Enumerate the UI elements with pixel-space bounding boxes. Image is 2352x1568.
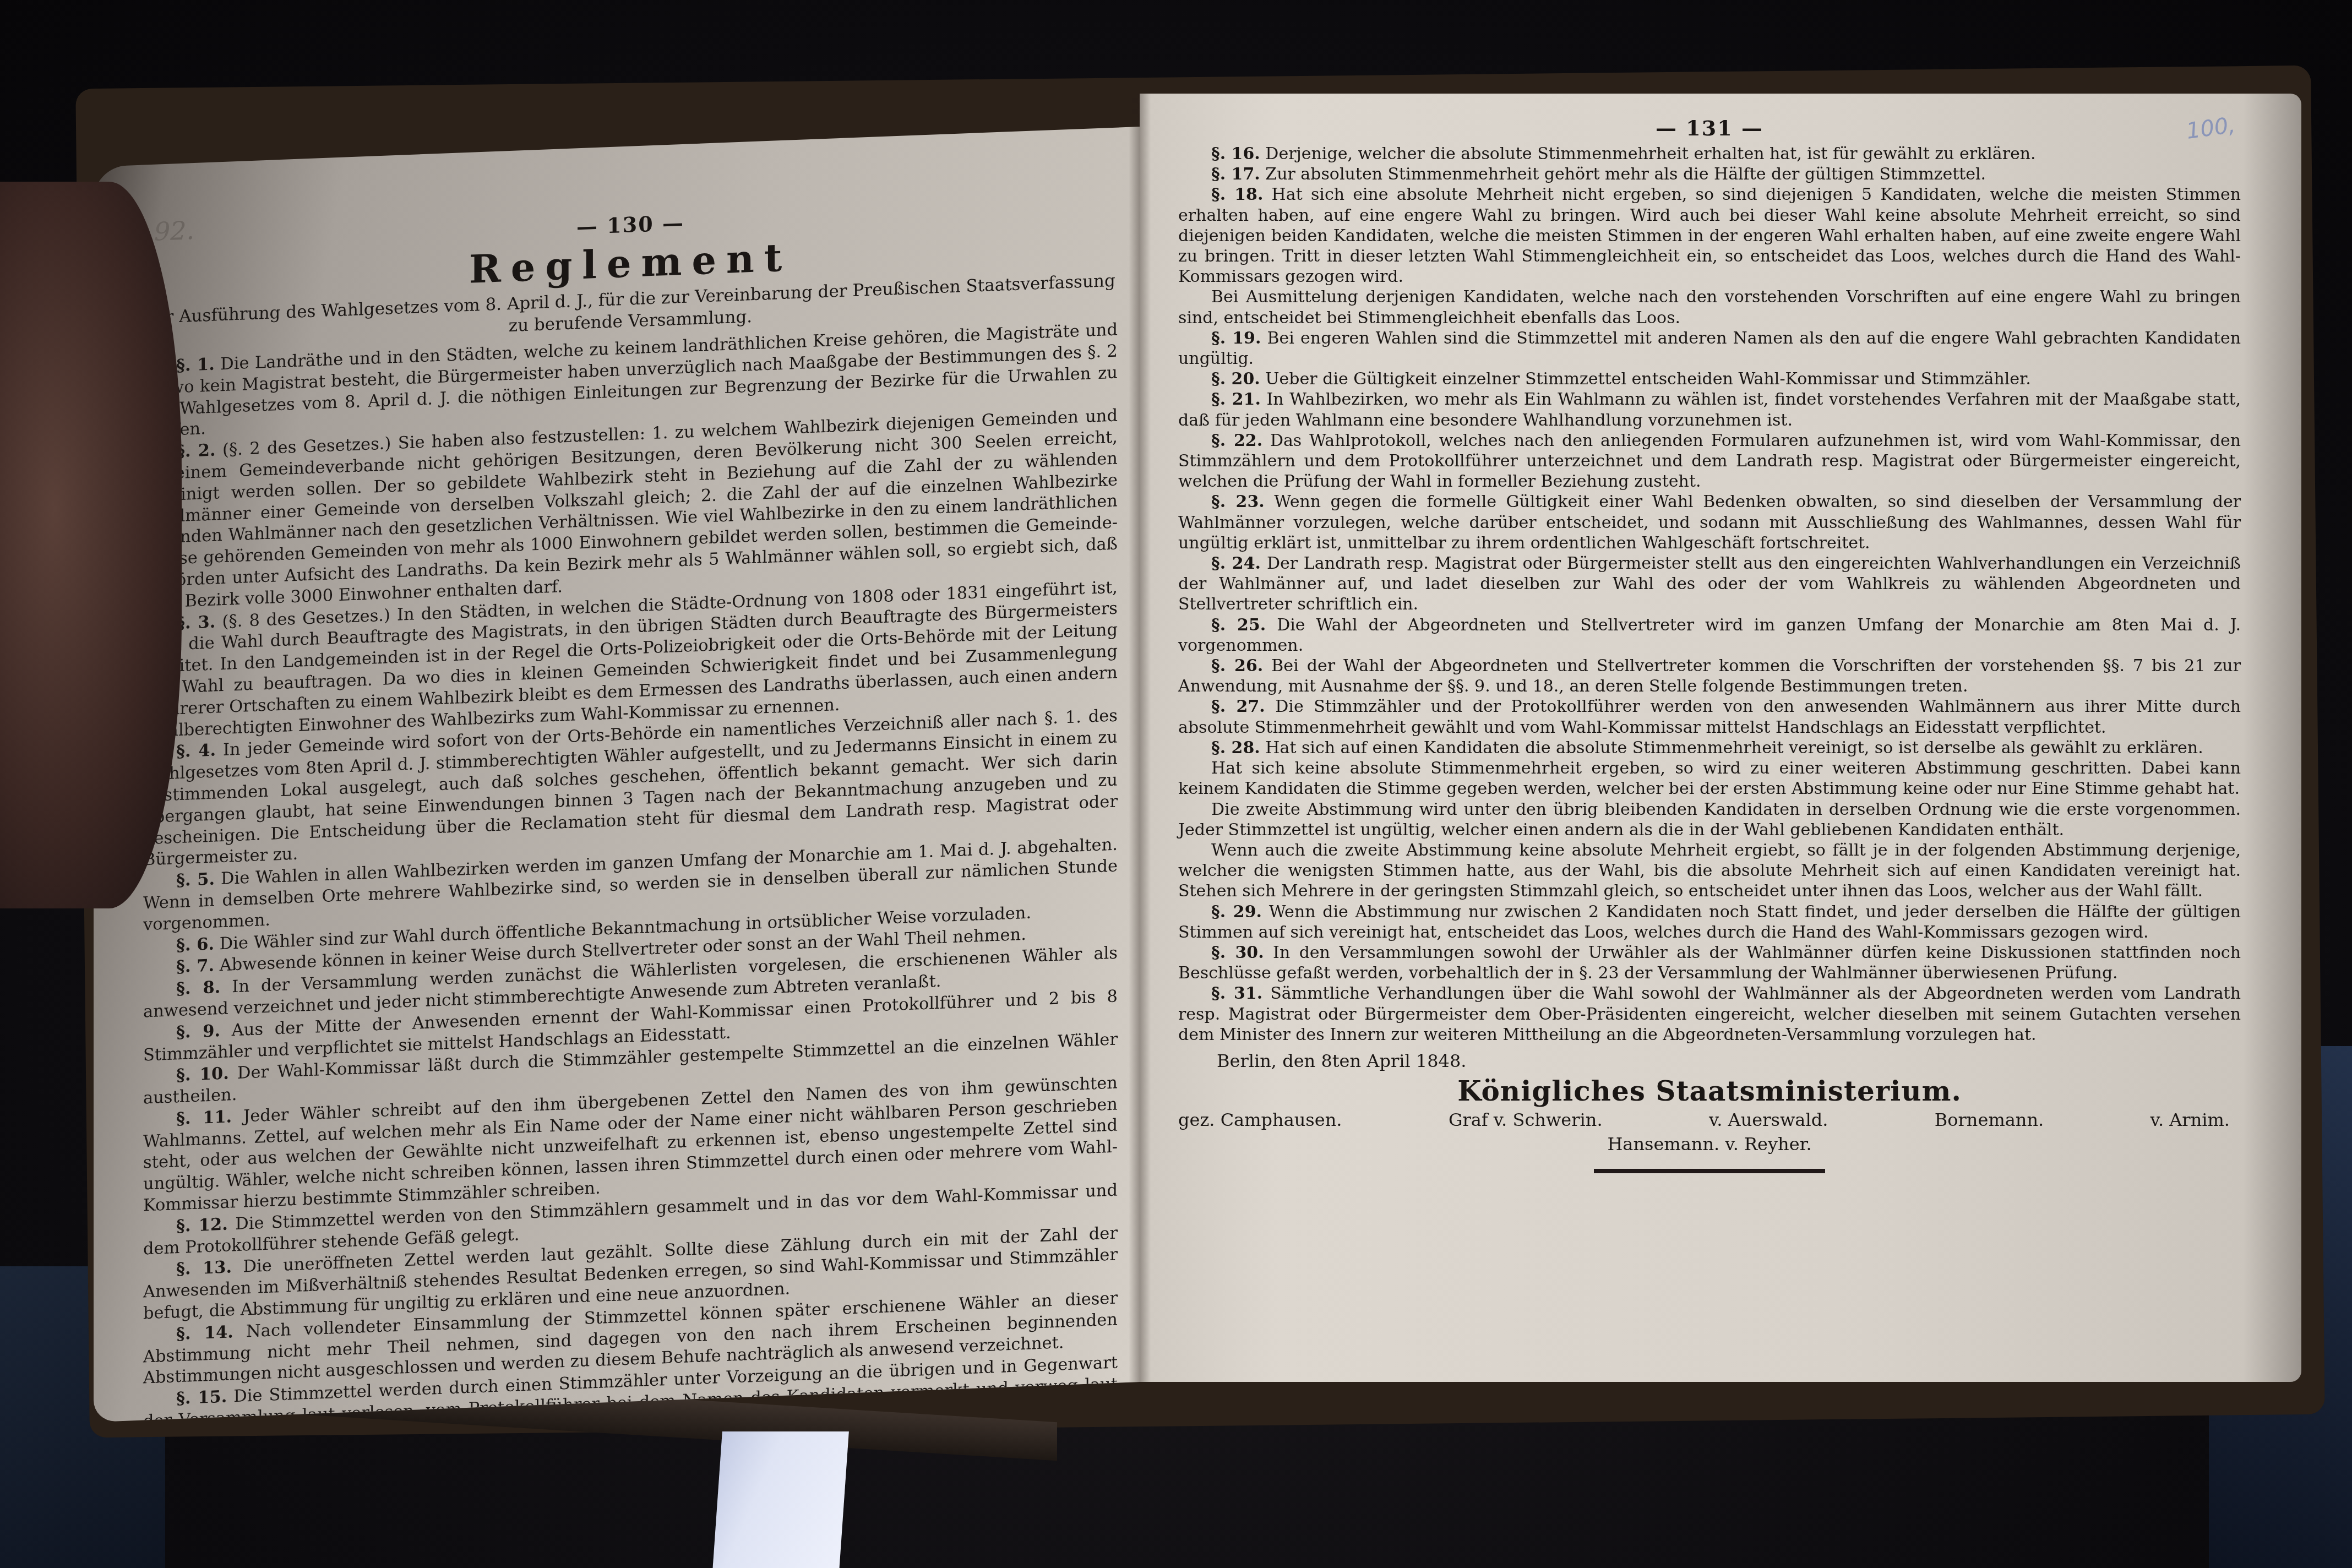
section-paragraph: §. 31. Sämmtliche Verhandlungen über die… xyxy=(1178,983,2241,1045)
section-text: Derjenige, welcher die absolute Stimmenm… xyxy=(1265,144,2035,164)
section-paragraph: §. 16. Derjenige, welcher die absolute S… xyxy=(1178,144,2241,164)
signatory: Bornemann. xyxy=(1935,1109,2044,1130)
pencil-annotation: 92. xyxy=(154,215,194,247)
section-text: Das Wahlprotokoll, welches nach den anli… xyxy=(1178,431,2241,491)
section-text: Hat sich auf einen Kandidaten die absolu… xyxy=(1265,738,2203,758)
section-number: §. 9. xyxy=(176,1021,220,1042)
section-paragraph: Die zweite Abstimmung wird unter den übr… xyxy=(1178,799,2241,840)
signatory: v. Arnim. xyxy=(2150,1109,2230,1130)
paper-bookmark[interactable] xyxy=(712,1431,849,1568)
section-number: §. 25. xyxy=(1211,616,1266,635)
section-number: §. 24. xyxy=(1211,554,1261,573)
section-paragraph: §. 23. Wenn gegen die formelle Gültigkei… xyxy=(1178,492,2241,553)
section-paragraph: §. 22. Das Wahlprotokoll, welches nach d… xyxy=(1178,431,2241,492)
section-paragraph: §. 26. Bei der Wahl der Abgeordneten und… xyxy=(1178,656,2241,696)
section-number: §. 4. xyxy=(176,741,216,762)
section-number: §. 11. xyxy=(176,1107,232,1129)
hand-holding-book xyxy=(0,182,182,908)
section-paragraph: §. 20. Ueber die Gültigkeit einzelner St… xyxy=(1178,369,2241,389)
section-text: Wenn auch die zweite Abstimmung keine ab… xyxy=(1178,841,2241,901)
ministry-heading: Königliches Staatsministerium. xyxy=(1178,1075,2241,1107)
section-text: Hat sich keine absolute Stimmenmehrheit … xyxy=(1178,759,2241,798)
section-text: Die zweite Abstimmung wird unter den übr… xyxy=(1178,800,2241,840)
section-number: §. 5. xyxy=(176,869,215,891)
section-number: §. 15. xyxy=(176,1387,227,1409)
section-number: §. 8. xyxy=(176,977,220,999)
section-number: §. 31. xyxy=(1211,984,1262,1003)
section-number: §. 7. xyxy=(176,956,214,977)
section-text: Sämmtliche Verhandlungen über die Wahl s… xyxy=(1178,984,2241,1044)
section-text: Die Wahl der Abgeordneten und Stellvertr… xyxy=(1178,616,2241,655)
section-number: §. 27. xyxy=(1211,697,1265,716)
section-text: Bei der Wahl der Abgeordneten und Stellv… xyxy=(1178,656,2241,696)
section-number: §. 20. xyxy=(1211,369,1260,389)
section-number: §. 13. xyxy=(176,1257,232,1280)
section-number: §. 30. xyxy=(1211,943,1264,962)
signatories-line-1: gez. Camphausen. Graf v. Schwerin. v. Au… xyxy=(1178,1109,2241,1130)
section-paragraph: §. 25. Die Wahl der Abgeordneten und Ste… xyxy=(1178,615,2241,656)
section-text: In den Versammlungen sowohl der Urwähler… xyxy=(1178,943,2241,983)
section-text: Zur absoluten Stimmenmehrheit gehört meh… xyxy=(1265,165,1986,184)
section-paragraph: §. 24. Der Landrath resp. Magistrat oder… xyxy=(1178,553,2241,615)
left-page: 92. — 130 — Reglement zur Ausführung des… xyxy=(94,127,1140,1422)
section-number: §. 21. xyxy=(1211,390,1261,409)
section-number: §. 3. xyxy=(176,612,215,633)
signatory: v. Auerswald. xyxy=(1709,1109,1828,1130)
right-page-body: §. 16. Derjenige, welcher die absolute S… xyxy=(1178,144,2241,1045)
section-text: Wenn gegen die formelle Gültigkeit einer… xyxy=(1178,492,2241,552)
section-paragraph: Hat sich keine absolute Stimmenmehrheit … xyxy=(1178,758,2241,799)
section-text: Hat sich eine absolute Mehrheit nicht er… xyxy=(1178,185,2241,286)
section-paragraph: §. 27. Die Stimmzähler und der Protokoll… xyxy=(1178,696,2241,737)
section-number: §. 14. xyxy=(176,1322,233,1344)
section-number: §. 26. xyxy=(1211,656,1263,676)
signatories-line-2: Hansemann. v. Reyher. xyxy=(1178,1134,2241,1155)
section-paragraph: Wenn auch die zweite Abstimmung keine ab… xyxy=(1178,840,2241,902)
section-paragraph: §. 18. Hat sich eine absolute Mehrheit n… xyxy=(1178,184,2241,287)
section-number: §. 18. xyxy=(1211,185,1263,204)
section-number: §. 22. xyxy=(1211,431,1262,450)
section-paragraph: §. 29. Wenn die Abstimmung nur zwischen … xyxy=(1178,902,2241,943)
section-number: §. 1. xyxy=(176,355,215,376)
section-text: Wenn die Abstimmung nur zwischen 2 Kandi… xyxy=(1178,902,2241,942)
section-text: Der Landrath resp. Magistrat oder Bürger… xyxy=(1178,554,2241,614)
section-paragraph: §. 28. Hat sich auf einen Kandidaten die… xyxy=(1178,738,2241,758)
section-number: §. 19. xyxy=(1211,329,1261,348)
page-number: — 131 — xyxy=(1178,116,2241,140)
section-paragraph: §. 21. In Wahlbezirken, wo mehr als Ein … xyxy=(1178,389,2241,430)
section-number: §. 6. xyxy=(176,934,214,955)
section-text: (§. 2 des Gesetzes.) Sie haben also fest… xyxy=(143,406,1118,613)
right-page: 100, — 131 — §. 16. Derjenige, welcher d… xyxy=(1140,94,2301,1382)
section-number: §. 29. xyxy=(1211,902,1262,922)
section-paragraph: §. 17. Zur absoluten Stimmenmehrheit geh… xyxy=(1178,164,2241,184)
place-date: Berlin, den 8ten April 1848. xyxy=(1217,1050,2241,1071)
section-number: §. 2. xyxy=(176,440,216,462)
left-page-body: §. 1. Die Landräthe und in den Städten, … xyxy=(143,319,1118,1422)
section-text: Bei engeren Wahlen sind die Stimmzettel … xyxy=(1178,329,2241,368)
signatory: gez. Camphausen. xyxy=(1178,1109,1342,1130)
section-number: §. 23. xyxy=(1211,492,1265,511)
section-number: §. 17. xyxy=(1211,165,1260,184)
section-paragraph: §. 30. In den Versammlungen sowohl der U… xyxy=(1178,943,2241,983)
section-text: Ueber die Gültigkeit einzelner Stimmzett… xyxy=(1265,369,2030,389)
section-text: In Wahlbezirken, wo mehr als Ein Wahlman… xyxy=(1178,390,2241,429)
section-number: §. 12. xyxy=(176,1214,228,1236)
open-book: 92. — 130 — Reglement zur Ausführung des… xyxy=(94,83,2301,1415)
section-text: Bei Ausmittelung derjenigen Kandidaten, … xyxy=(1178,287,2241,327)
closing-rule xyxy=(1594,1169,1825,1173)
signatory: Graf v. Schwerin. xyxy=(1449,1109,1603,1130)
section-text: Die Stimmzähler und der Protokollführer … xyxy=(1178,697,2241,737)
section-paragraph: §. 19. Bei engeren Wahlen sind die Stimm… xyxy=(1178,328,2241,369)
section-number: §. 10. xyxy=(176,1064,229,1086)
section-number: §. 16. xyxy=(1211,144,1260,164)
book-gutter xyxy=(1129,94,1151,1382)
section-number: §. 28. xyxy=(1211,738,1260,758)
section-paragraph: Bei Ausmittelung derjenigen Kandidaten, … xyxy=(1178,287,2241,328)
